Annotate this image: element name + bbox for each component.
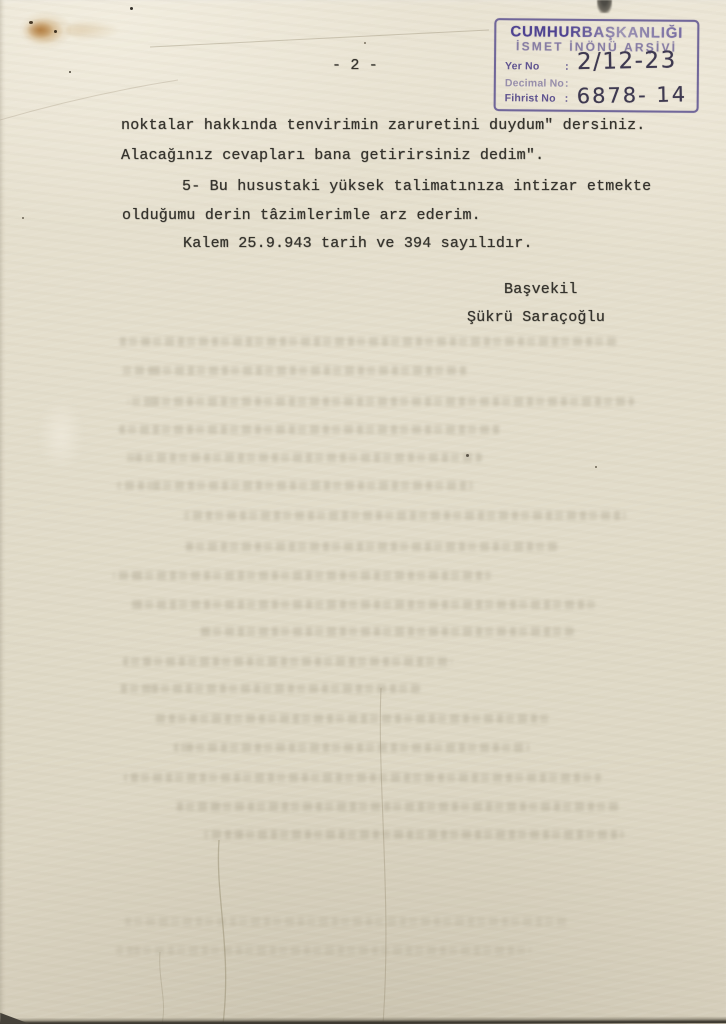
bleed-line xyxy=(123,657,451,666)
body-line-4: olduğumu derin tâzimlerimle arz ederim. xyxy=(122,208,481,224)
body-line-1: noktalar hakkında tenvirimin zaruretini … xyxy=(121,118,645,134)
bleed-line xyxy=(128,600,594,609)
bleed-line xyxy=(175,802,620,811)
body-line-3: 5- Bu husustaki yüksek talimatınıza inti… xyxy=(182,179,651,195)
stamp-field-separator: : xyxy=(565,93,569,105)
paper-speck xyxy=(466,454,469,457)
bleed-line xyxy=(119,425,502,434)
paper-speck xyxy=(29,21,33,24)
body-line-5: Kalem 25.9.943 tarih ve 394 sayılıdır. xyxy=(183,236,533,252)
bleed-line xyxy=(121,366,467,375)
bleed-line xyxy=(184,511,627,520)
stamp-field-fihrist-no: Fihrist No: 6878- 14 xyxy=(505,88,691,104)
bleed-line xyxy=(116,946,531,955)
paper-speck xyxy=(130,7,133,10)
paper-speck xyxy=(364,42,366,44)
bleed-line xyxy=(155,714,552,723)
bleed-line xyxy=(124,453,482,462)
bleed-line xyxy=(124,773,601,782)
stamp-field-label: Yer No xyxy=(505,60,565,73)
body-line-2: Alacağınız cevapları bana getirirsiniz d… xyxy=(121,148,544,164)
stamp-field-handwritten-value: 2/12-23 xyxy=(577,49,677,74)
document-page: CUMHURBAŞKANLIĞI İSMET İNÖNÜ ARŞİVİ Yer … xyxy=(0,0,726,1024)
bleed-line xyxy=(128,397,633,406)
scan-background: CUMHURBAŞKANLIĞI İSMET İNÖNÜ ARŞİVİ Yer … xyxy=(0,0,726,1024)
archive-stamp: CUMHURBAŞKANLIĞI İSMET İNÖNÜ ARŞİVİ Yer … xyxy=(494,18,700,113)
rust-stain xyxy=(14,10,72,50)
paper-speck xyxy=(69,71,71,73)
bleed-line xyxy=(117,684,420,693)
signature-title: Başvekil xyxy=(504,282,578,298)
paper-speck xyxy=(22,217,24,219)
stamp-field-yer-no: Yer No: 2/12-23 xyxy=(505,56,691,72)
bleed-line xyxy=(117,337,617,346)
bleed-line xyxy=(183,542,558,551)
light-smudge xyxy=(40,400,82,470)
stamp-field-label: Fihrist No xyxy=(505,92,565,105)
page-bottom-edge xyxy=(0,1016,726,1024)
bleed-line xyxy=(174,743,529,752)
paper-speck xyxy=(54,30,57,33)
rust-stain-halo xyxy=(66,20,118,40)
bleed-line xyxy=(124,917,569,926)
signature-name: Şükrü Saraçoğlu xyxy=(467,310,605,326)
page-number: - 2 - xyxy=(300,58,410,74)
top-edge-mark xyxy=(597,0,612,13)
bleed-line xyxy=(117,481,473,490)
bleed-line xyxy=(113,571,490,580)
paper-speck xyxy=(595,466,597,468)
bleed-line xyxy=(197,627,574,636)
bleed-line xyxy=(204,830,624,839)
stamp-field-separator: : xyxy=(565,61,569,73)
stamp-field-handwritten-value: 6878- 14 xyxy=(577,84,688,107)
